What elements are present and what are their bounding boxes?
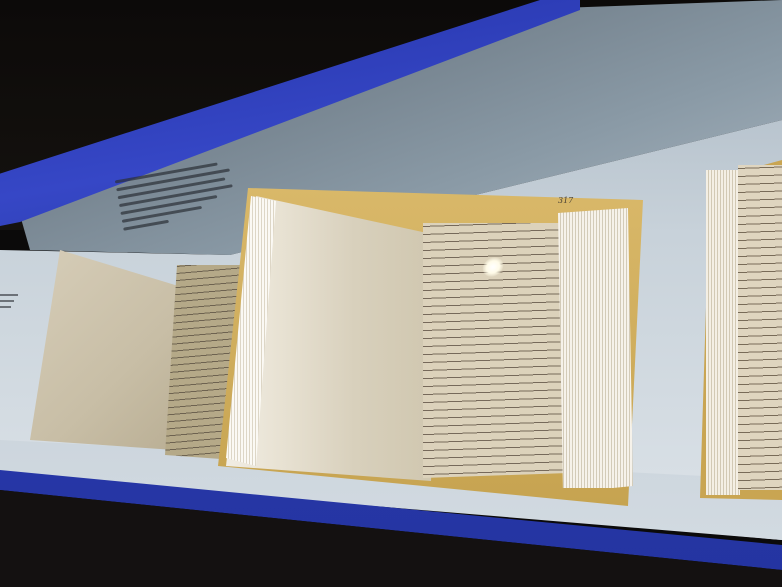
side-placard — [0, 290, 18, 320]
handwritten-page — [738, 165, 782, 490]
manuscript-book-right — [700, 160, 782, 500]
right-page-edges — [558, 208, 633, 488]
manuscript-book-left — [30, 250, 240, 460]
folio-number: 317 — [558, 196, 573, 205]
photo-scene: 317 — [0, 0, 782, 587]
manuscript-book-center: 317 — [218, 188, 643, 508]
page-edges — [706, 170, 740, 495]
blank-folio — [30, 250, 185, 450]
